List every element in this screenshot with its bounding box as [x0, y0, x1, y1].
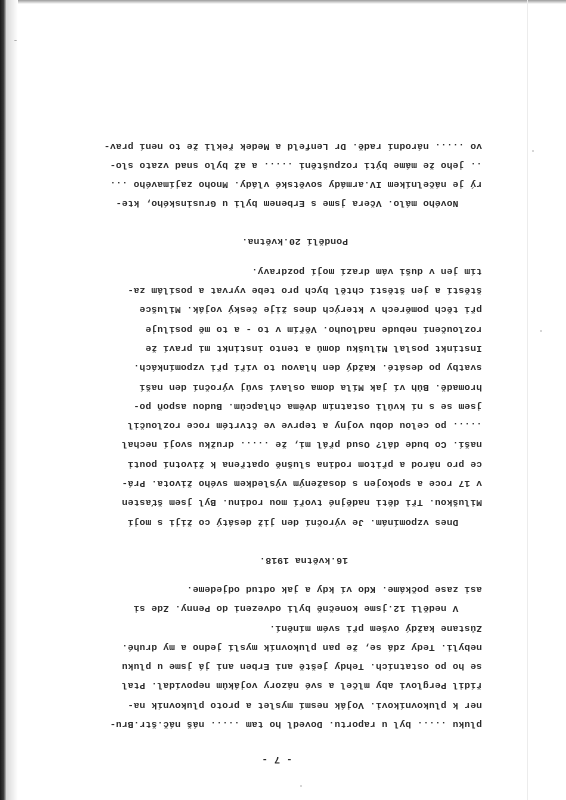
- text-line: ..... po celou dobu vojny a teprve ve čt…: [62, 416, 482, 435]
- text-line: svatby po desáté. Každý den hlavou to ví…: [62, 358, 482, 377]
- text-line: Nového málo. Včera jsme s Erbenem byli u…: [62, 194, 482, 213]
- text-line: ner k plukovníkovi. Voják nesmí myslet a…: [62, 695, 482, 714]
- text-line: Zůstane každý ovšem při svém mínění.: [62, 618, 482, 637]
- scan-speck: [14, 40, 17, 41]
- text-line: .. jeho že máme býti rozpuštěni ..... a …: [62, 156, 482, 175]
- entry-date: Pondělí 20.května.: [62, 232, 482, 251]
- typewritten-page: - 7 - pluku ..... byl u raportu. Dovedl …: [0, 0, 566, 800]
- text-line: ce pro národ a přitom rodina slušně opat…: [62, 454, 482, 473]
- text-line: řídil Perglovi aby mlčel a své názory vo…: [62, 676, 482, 695]
- text-line: pluku ..... byl u raportu. Dovedl ho tam…: [62, 715, 482, 734]
- text-line: hromadě. Bůh ví jak Míla doma oslaví svů…: [62, 377, 482, 396]
- text-line: rozloučení nebude nadlouho. Věřím v to -…: [62, 319, 482, 338]
- text-line: tím jen v duši vám drazí mojí pozdravy.: [62, 261, 482, 280]
- page-number: - 7 -: [0, 753, 566, 764]
- scanned-page: - 7 - pluku ..... byl u raportu. Dovedl …: [0, 0, 566, 800]
- scan-speck: [532, 150, 534, 152]
- text-line: se ho po ostatních. Tehdy ještě ani Erbe…: [62, 657, 482, 676]
- text-line: Instinkt poslal Milušku domů a tento ins…: [62, 339, 482, 358]
- text-line: vo ..... národní radě. Dr Lenfeld a Mede…: [62, 136, 482, 155]
- text-line: rý je náčelníkem IV.armády sovětské vlád…: [62, 175, 482, 194]
- text-line: štěstí a jen štěstí chtěl bych pro tebe …: [62, 281, 482, 300]
- entry-date: 16.května 1918.: [62, 551, 482, 570]
- text-line: při těch poměrech v kterých dnes žije če…: [62, 300, 482, 319]
- text-line: Miluškou. Tři děti nadějné tvoří mou rod…: [62, 493, 482, 512]
- text-line: naší. Co bude dál? Osud přál mi, že ....…: [62, 435, 482, 454]
- section-may-16: Dnes vzpomínám. Je výroční den již desát…: [62, 261, 482, 531]
- text-line: nebyli. Tedy zdá se, že pan plukovník my…: [62, 638, 482, 657]
- text-line: Dnes vzpomínám. Je výroční den již desát…: [62, 512, 482, 531]
- scan-speck: [540, 330, 542, 332]
- page-body: pluku ..... byl u raportu. Dovedl ho tam…: [62, 136, 482, 734]
- section-continuation: pluku ..... byl u raportu. Dovedl ho tam…: [62, 580, 482, 734]
- text-line: asi zase počkáme. Kdo ví kdy a jak odtud…: [62, 580, 482, 599]
- scan-speck: [300, 785, 302, 787]
- section-may-20: Nového málo. Včera jsme s Erbenem byli u…: [62, 136, 482, 213]
- text-line: V neděli 12.jsme konečně byli odvezeni d…: [62, 599, 482, 618]
- text-line: jsem se s ní kvůli ostatním dvěma chlapc…: [62, 397, 482, 416]
- text-line: v 17 roce a spokojen s dosaženým výsledk…: [62, 474, 482, 493]
